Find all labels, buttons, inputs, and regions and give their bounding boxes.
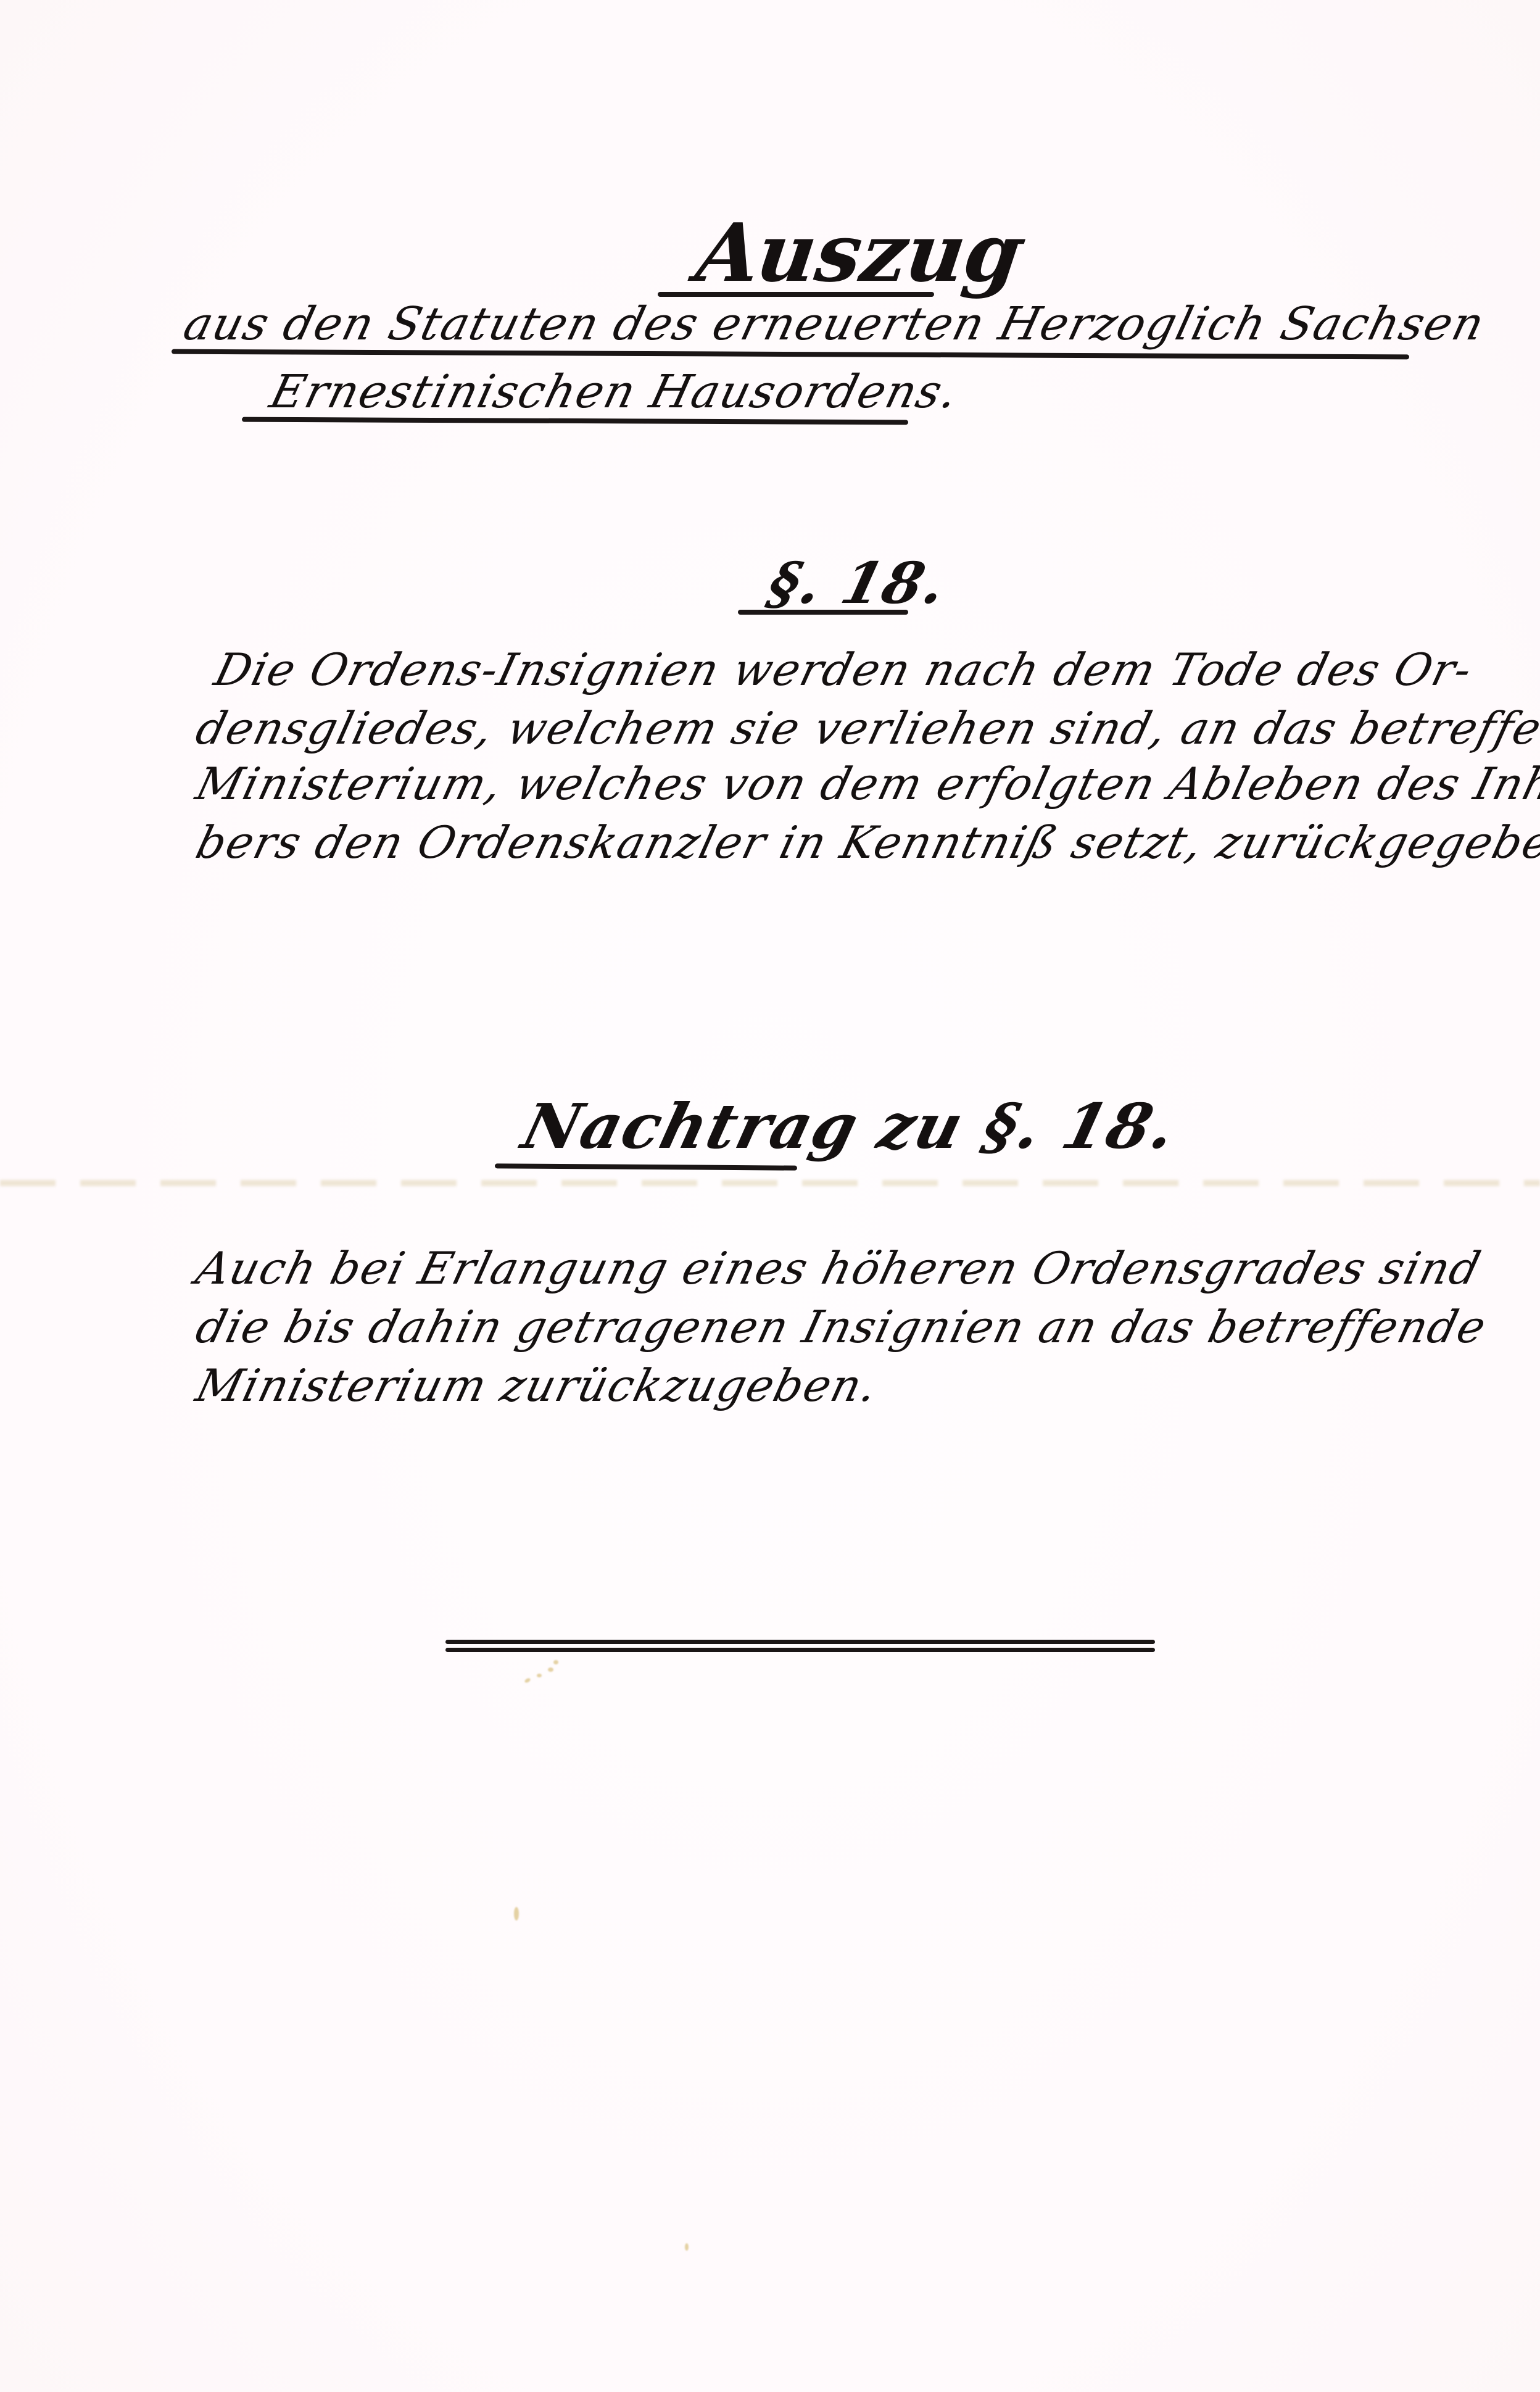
- paper-stain: [524, 1677, 531, 1684]
- paper-fold-line: [0, 1180, 1540, 1186]
- document-page: Auszug aus den Statuten des erneuerten H…: [0, 0, 1540, 2392]
- section-body-line-3: Ministerium, welches von dem erfolgten A…: [191, 756, 1540, 812]
- addendum-title-underline: [495, 1163, 797, 1170]
- subtitle-line-1: aus den Statuten des erneuerten Herzogli…: [178, 296, 1420, 352]
- paper-stain: [548, 1667, 553, 1672]
- section-body-line-4: bers den Ordenskanzler in Kenntniß setzt…: [191, 815, 1540, 870]
- addendum-body-line-2: die bis dahin getragenen Insignien an da…: [191, 1299, 1492, 1355]
- section-body-line-2: densgliedes, welchem sie verliehen sind,…: [191, 700, 1540, 756]
- document-title: Auszug: [682, 207, 1038, 299]
- addendum-title: Nachtrag zu §. 18.: [515, 1089, 1184, 1163]
- paper-stain: [685, 2243, 689, 2251]
- paper-stain: [553, 1660, 558, 1664]
- subtitle-line-2: Ernestinischen Hausordens.: [265, 364, 965, 420]
- closing-double-rule-upper: [445, 1640, 1155, 1644]
- paper-stain: [537, 1674, 542, 1677]
- section-mark: §. 18.: [763, 552, 953, 614]
- section-body-line-1: Die Ordens-Insignien werden nach dem Tod…: [209, 642, 1479, 697]
- section-mark-underline: [738, 610, 908, 615]
- addendum-body-line-1: Auch bei Erlangung eines höheren Ordensg…: [191, 1240, 1487, 1296]
- addendum-body-line-3: Ministerium zurückzugeben.: [191, 1358, 884, 1413]
- paper-stain: [514, 1907, 519, 1921]
- closing-double-rule-lower: [445, 1648, 1155, 1652]
